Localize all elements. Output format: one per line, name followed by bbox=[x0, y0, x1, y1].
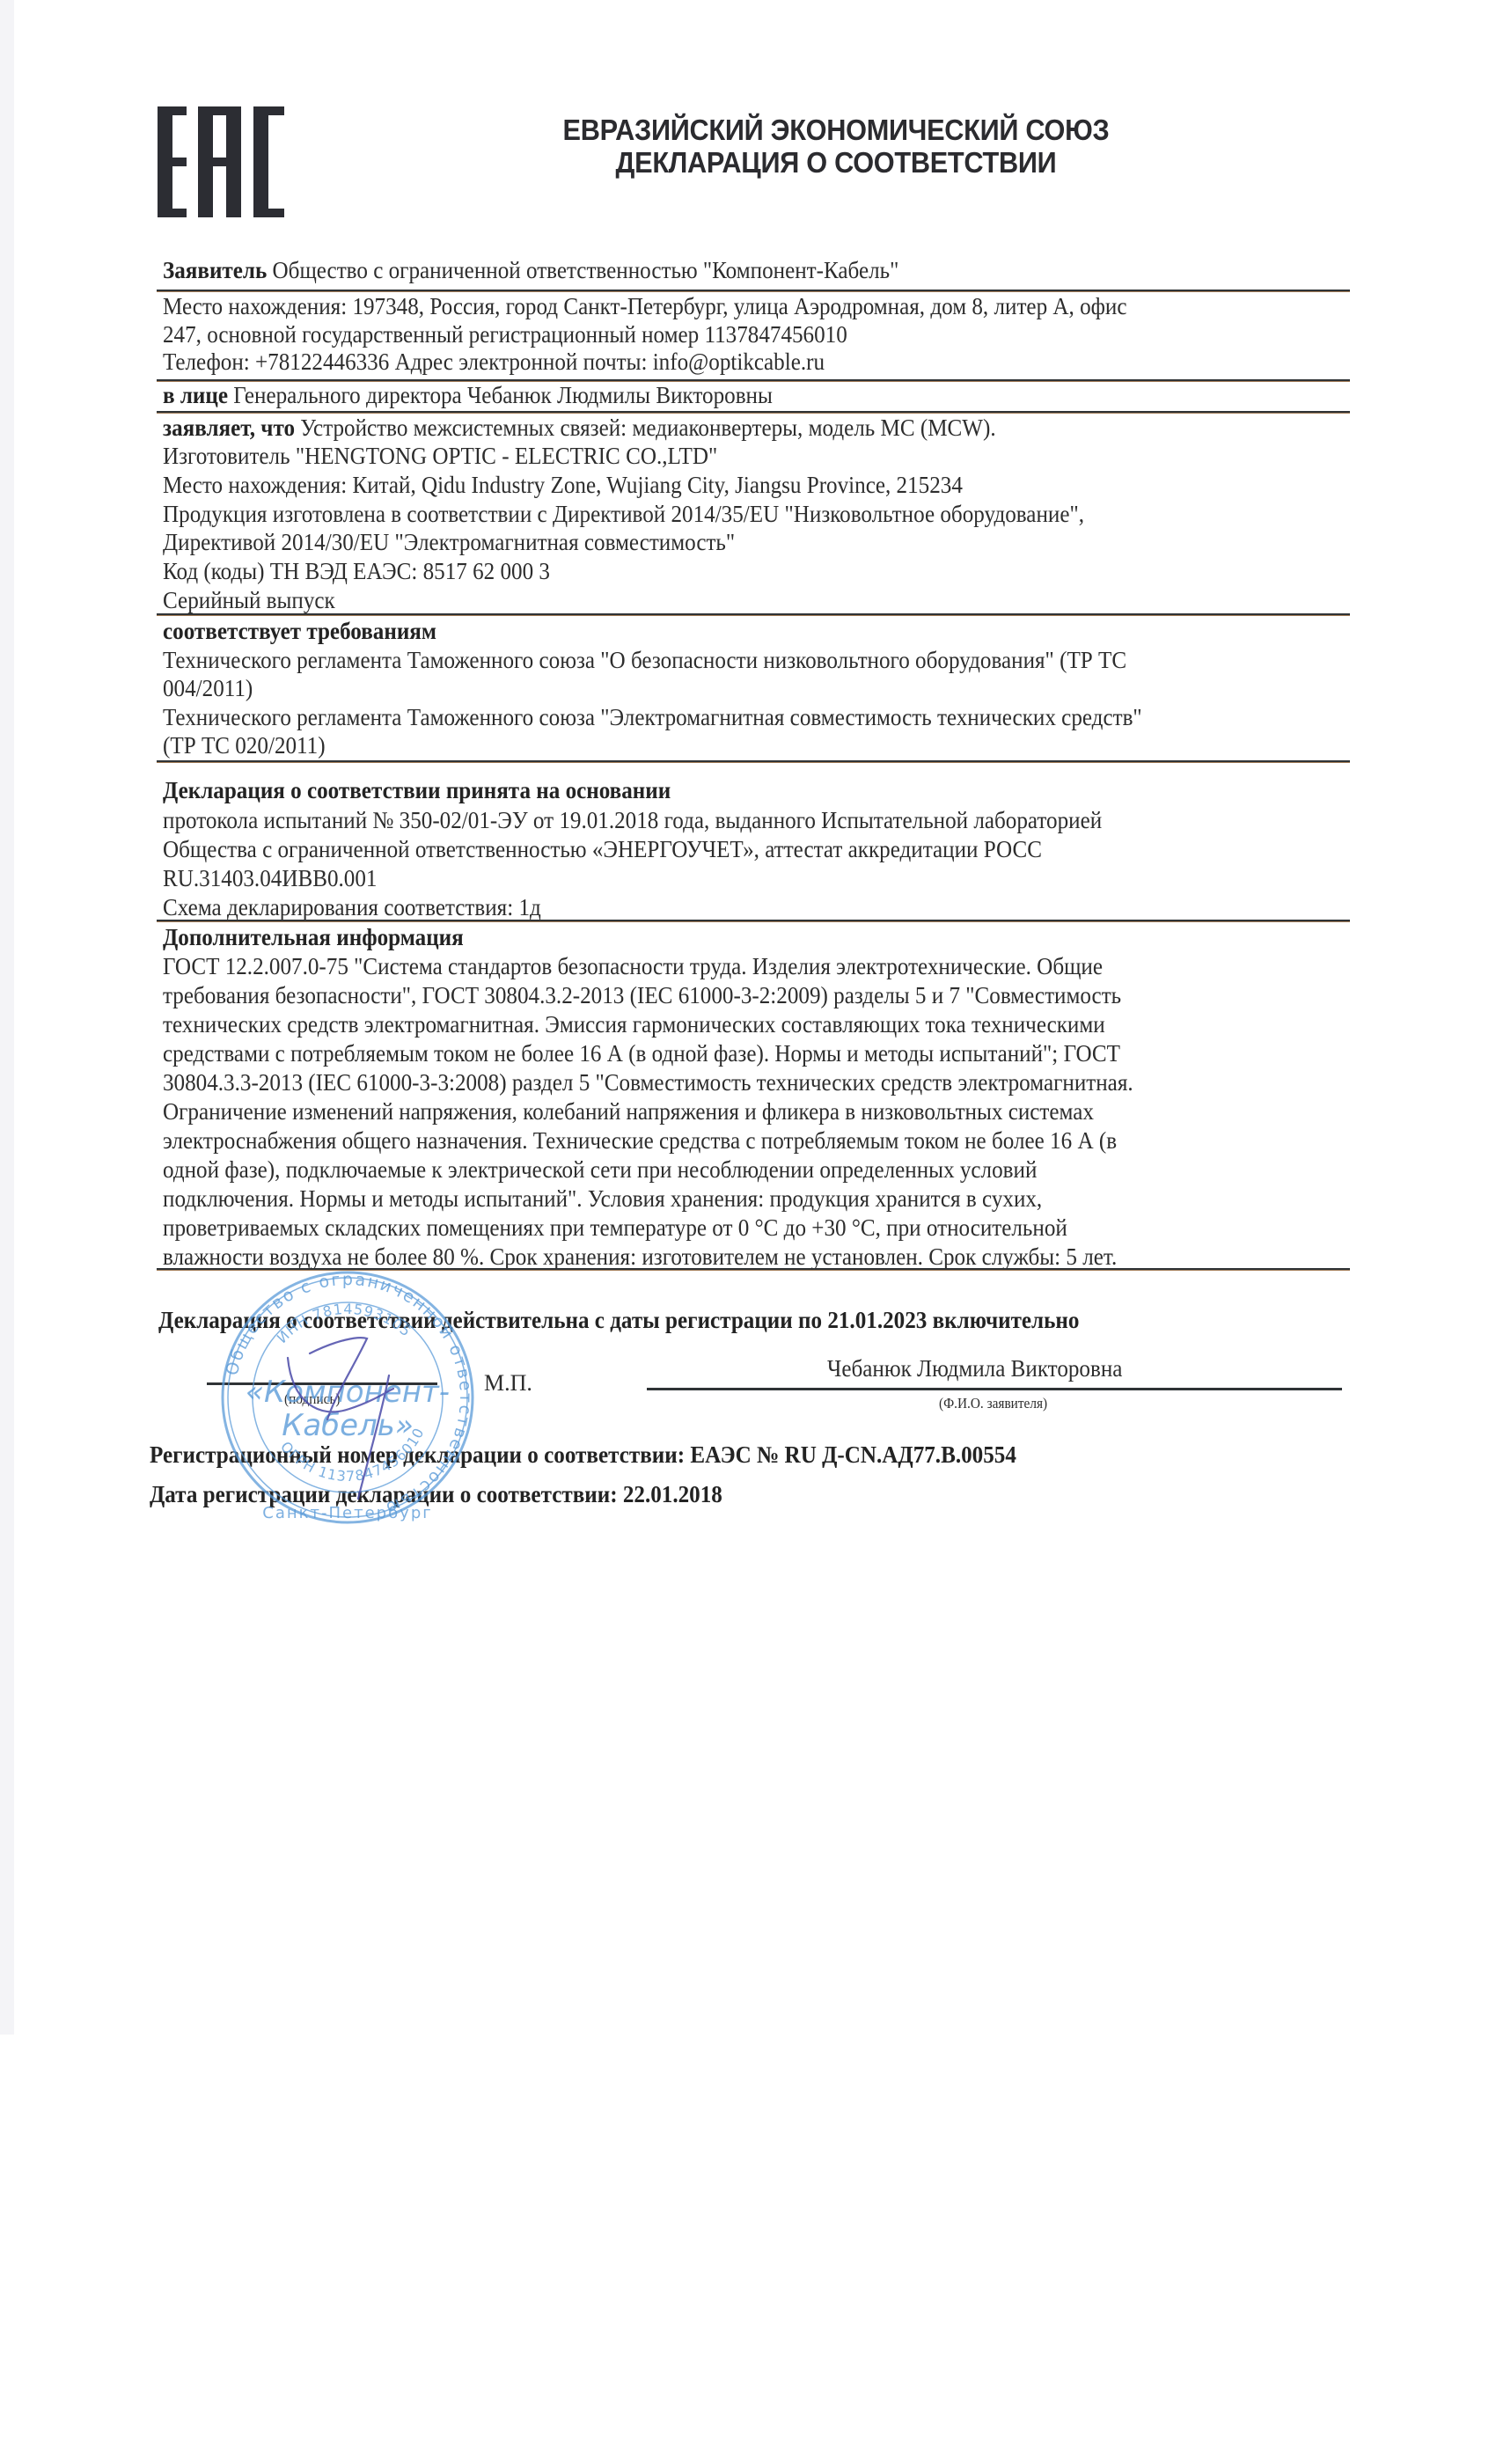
representative-value: Генерального директора Чебанюк Людмилы В… bbox=[233, 382, 773, 408]
production-type: Серийный выпуск bbox=[163, 586, 335, 614]
divider bbox=[157, 920, 1350, 922]
validity-statement: Декларация о соответствии действительна … bbox=[158, 1306, 1079, 1334]
seal-mark: М.П. bbox=[484, 1370, 532, 1397]
requirements-label: соответствует требованиям bbox=[163, 617, 436, 645]
signature-caption: (подпись) bbox=[284, 1390, 341, 1408]
requirement-line: 004/2011) bbox=[163, 674, 253, 702]
eac-logo-icon bbox=[158, 106, 284, 217]
signer-name: Чебанюк Людмила Викторовна bbox=[827, 1355, 1122, 1382]
requirement-line: Технического регламента Таможенного союз… bbox=[163, 703, 1142, 731]
additional-label: Дополнительная информация bbox=[163, 923, 464, 951]
applicant-address-line2: 247, основной государственный регистраци… bbox=[163, 320, 847, 348]
declares-label: заявляет, что bbox=[163, 414, 295, 441]
applicant-address-line1: Место нахождения: 197348, Россия, город … bbox=[163, 292, 1127, 320]
additional-line: требования безопасности", ГОСТ 30804.3.2… bbox=[163, 981, 1121, 1009]
basis-label: Декларация о соответствии принята на осн… bbox=[163, 776, 671, 804]
registration-number-value: ЕАЭС № RU Д-CN.АД77.В.00554 bbox=[690, 1441, 1016, 1468]
requirement-line: (ТР ТС 020/2011) bbox=[163, 731, 326, 759]
additional-line: ГОСТ 12.2.007.0-75 "Система стандартов б… bbox=[163, 952, 1103, 980]
basis-line: RU.31403.04ИВВ0.001 bbox=[163, 864, 377, 892]
additional-line: 30804.3.3-2013 (IEC 61000-3-3:2008) разд… bbox=[163, 1068, 1133, 1096]
basis-line: протокола испытаний № 350-02/01-ЭУ от 19… bbox=[163, 806, 1102, 834]
union-title: ЕВРАЗИЙСКИЙ ЭКОНОМИЧЕСКИЙ СОЮЗ bbox=[517, 114, 1155, 146]
representative-row: в лице Генерального директора Чебанюк Лю… bbox=[163, 381, 773, 409]
document-title: ДЕКЛАРАЦИЯ О СООТВЕТСТВИИ bbox=[517, 146, 1155, 179]
applicant-label: Заявитель bbox=[163, 257, 267, 283]
manufacturer-address: Место нахождения: Китай, Qidu Industry Z… bbox=[163, 471, 963, 499]
directive-line2: Директивой 2014/30/EU "Электромагнитная … bbox=[163, 528, 735, 556]
additional-line: подключения. Нормы и методы испытаний". … bbox=[163, 1184, 1042, 1213]
registration-date-value: 22.01.2018 bbox=[623, 1481, 722, 1507]
declares-value: Устройство межсистемных связей: медиакон… bbox=[300, 414, 995, 441]
additional-line: технических средств электромагнитная. Эм… bbox=[163, 1010, 1105, 1038]
applicant-contacts: Телефон: +78122446336 Адрес электронной … bbox=[163, 348, 825, 376]
applicant-value: Общество с ограниченной ответственностью… bbox=[273, 257, 899, 283]
scan-edge-strip bbox=[0, 0, 14, 2035]
divider bbox=[157, 760, 1350, 763]
registration-number-row: Регистрационный номер декларации о соотв… bbox=[150, 1441, 1016, 1469]
additional-line: влажности воздуха не более 80 %. Срок хр… bbox=[163, 1243, 1117, 1271]
svg-text:Кабель»: Кабель» bbox=[282, 1408, 414, 1443]
hs-code: Код (коды) ТН ВЭД ЕАЭС: 8517 62 000 3 bbox=[163, 557, 550, 585]
signer-name-line bbox=[647, 1388, 1342, 1390]
signer-caption: (Ф.И.О. заявителя) bbox=[939, 1395, 1047, 1412]
registration-date-row: Дата регистрации декларации о соответств… bbox=[150, 1480, 722, 1508]
manufacturer: Изготовитель "HENGTONG OPTIC - ELECTRIC … bbox=[163, 442, 717, 470]
additional-line: электроснабжения общего назначения. Техн… bbox=[163, 1126, 1117, 1155]
divider bbox=[157, 1268, 1350, 1271]
applicant-row: Заявитель Общество с ограниченной ответс… bbox=[163, 256, 898, 284]
representative-label: в лице bbox=[163, 382, 228, 408]
additional-line: средствами с потребляемым током не более… bbox=[163, 1039, 1120, 1067]
additional-line: одной фазе), подключаемые к электрическо… bbox=[163, 1155, 1037, 1184]
additional-line: Ограничение изменений напряжения, колеба… bbox=[163, 1097, 1094, 1126]
divider bbox=[157, 613, 1350, 616]
requirement-line: Технического регламента Таможенного союз… bbox=[163, 646, 1126, 674]
basis-line: Общества с ограниченной ответственностью… bbox=[163, 835, 1042, 863]
declares-row: заявляет, что Устройство межсистемных св… bbox=[163, 414, 996, 442]
registration-number-label: Регистрационный номер декларации о соотв… bbox=[150, 1441, 685, 1468]
svg-text:«Компонент-: «Компонент- bbox=[246, 1375, 450, 1410]
registration-date-label: Дата регистрации декларации о соответств… bbox=[150, 1481, 618, 1507]
additional-line: проветриваемых складских помещениях при … bbox=[163, 1214, 1067, 1242]
signature-line bbox=[207, 1382, 437, 1385]
declaration-scheme: Схема декларирования соответствия: 1д bbox=[163, 893, 541, 921]
directive-line1: Продукция изготовлена в соответствии с Д… bbox=[163, 500, 1084, 528]
